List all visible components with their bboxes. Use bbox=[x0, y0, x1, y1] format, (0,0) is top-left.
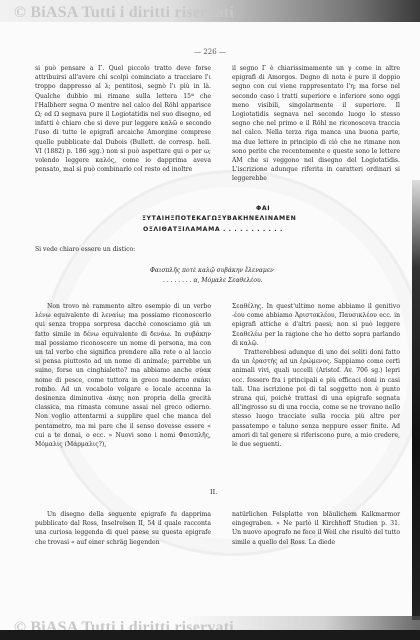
distich-line-2: . . . . . . . . α, Μόμαλε Σεαθελέου. bbox=[163, 276, 263, 285]
paragraph: Un disegno della seguente epigrafe fu da… bbox=[35, 510, 211, 547]
right-column-middle: Σεαθέλης. In quest'ultimo nome abbiamo i… bbox=[232, 302, 400, 449]
paragraph: Tratterebbesi adunque di uno dei soliti … bbox=[232, 348, 400, 449]
left-column-bottom: Un disegno della seguente epigrafe fu da… bbox=[35, 510, 211, 547]
left-column-middle: Non trovo nè rammento altro esempio di u… bbox=[35, 302, 211, 449]
paragraph: Σεαθέλης. In quest'ultimo nome abbiamo i… bbox=[232, 302, 400, 348]
paragraph: si può pensare a Γ. Quel piccolo tratto … bbox=[35, 64, 211, 174]
inscription-line-2: ΞΥΤΑΙΗΞΠΟΤΕΚΑΓΩΞΥΒΑΚΗΝΕΛΙΝΑΜΕΝ bbox=[142, 215, 296, 222]
paragraph: il segno Γ è chiarissimamente un γ come … bbox=[232, 64, 400, 184]
paragraph: Non trovo nè rammento altro esempio di u… bbox=[35, 302, 211, 449]
distich-intro: Si vede chiaro essere un distico: bbox=[35, 245, 135, 254]
left-column-top: si può pensare a Γ. Quel piccolo tratto … bbox=[35, 64, 211, 174]
paragraph: natürlichen Felsplatte von bläulichem Ka… bbox=[232, 510, 400, 547]
section-heading: II. bbox=[210, 488, 217, 496]
inscription-line-3: ΟΞΛΙΘΑΤΞΙΛΑΜΑΜΑ . . . . . . . . . . . bbox=[143, 226, 283, 233]
inscription-line-1: ΦΑΙ bbox=[256, 205, 270, 212]
scan-border-bottom bbox=[0, 630, 420, 640]
right-column-top: il segno Γ è chiarissimamente un γ come … bbox=[232, 64, 400, 184]
distich-line-1: Φαισπλῆς ποτὲ καλῷ συβάκην ἔλεναμεν bbox=[150, 266, 274, 275]
page-number: — 226 — bbox=[0, 48, 420, 56]
scan-edge-shadow bbox=[412, 180, 420, 620]
right-column-bottom: natürlichen Felsplatte von bläulichem Ka… bbox=[232, 510, 400, 547]
copyright-watermark-top: © BiASA Tutti i diritti riservati bbox=[14, 4, 234, 22]
